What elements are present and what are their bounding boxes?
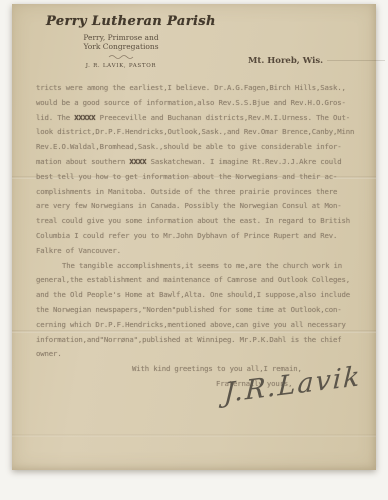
typed-line: tricts were among the earliest,I believe… (36, 81, 372, 96)
congregations-line-2: York Congregations (46, 42, 196, 51)
letter-body: tricts were among the earliest,I believe… (36, 81, 372, 392)
letterhead: Perry Lutheran Parish Perry, Primrose an… (46, 14, 196, 69)
typed-line: look district,Dr.P.F.Hendricks,Outlook,S… (36, 125, 372, 140)
typed-line: information,and"Norrøna",published at Wi… (36, 333, 372, 348)
letterhead-ornament-icon (46, 53, 196, 60)
typed-line: complishments in Manitoba. Outside of th… (36, 185, 372, 200)
typed-line: lid. The XXXXX Preeceville and Buchanan … (36, 111, 372, 126)
typed-line: The tangible accomplishments,it seems to… (36, 259, 372, 274)
congregations-line: Perry, Primrose and York Congregations (46, 33, 196, 51)
typed-line: owner. (36, 347, 372, 362)
typed-line: mation about southern XXXX Saskatchewan.… (36, 155, 372, 170)
typed-text: mation about southern (36, 157, 129, 166)
typed-text: lid. The (36, 113, 74, 122)
date-rule (327, 60, 385, 61)
typed-text: Saskatchewan. I imagine Rt.Rev.J.J.Akre … (146, 157, 341, 166)
typed-line: Falkre of Vancouver. (36, 244, 372, 259)
typed-line: are very few Norwegians in Canada. Possi… (36, 199, 372, 214)
typed-line: the Norwegian newspapers,"Norden"publish… (36, 303, 372, 318)
dateline: Mt. Horeb, Wis. (248, 56, 385, 66)
congregations-line-1: Perry, Primrose and (46, 33, 196, 42)
typed-line: cerning which Dr.P.F.Hendricks,mentioned… (36, 318, 372, 333)
dateline-place: Mt. Horeb, Wis. (248, 56, 323, 66)
typed-line: general,the establishment and maintenanc… (36, 273, 372, 288)
struck-out-word: XXXXX (74, 113, 95, 122)
typed-text: Preeceville and Buchanan districts,Rev.M… (95, 113, 350, 122)
parish-name: Perry Lutheran Parish (46, 14, 196, 29)
typed-line: treal could give you some information ab… (36, 214, 372, 229)
struck-out-word: XXXX (129, 157, 146, 166)
typed-line: would be a good source of information,al… (36, 96, 372, 111)
typed-line: Rev.E.O.Waldal,Bromhead,Sask.,should be … (36, 140, 372, 155)
typed-line: best tell you how to get information abo… (36, 170, 372, 185)
pastor-name: J. R. LAVIK, PASTOR (46, 63, 196, 69)
fold-crease (12, 434, 376, 437)
typed-line: and the Old People's Home at Bawlf,Alta.… (36, 288, 372, 303)
letter-paper: Perry Lutheran Parish Perry, Primrose an… (12, 4, 376, 470)
scanned-letter: Perry Lutheran Parish Perry, Primrose an… (0, 0, 388, 500)
typed-line: Columbia I could refer you to Mr.John Dy… (36, 229, 372, 244)
